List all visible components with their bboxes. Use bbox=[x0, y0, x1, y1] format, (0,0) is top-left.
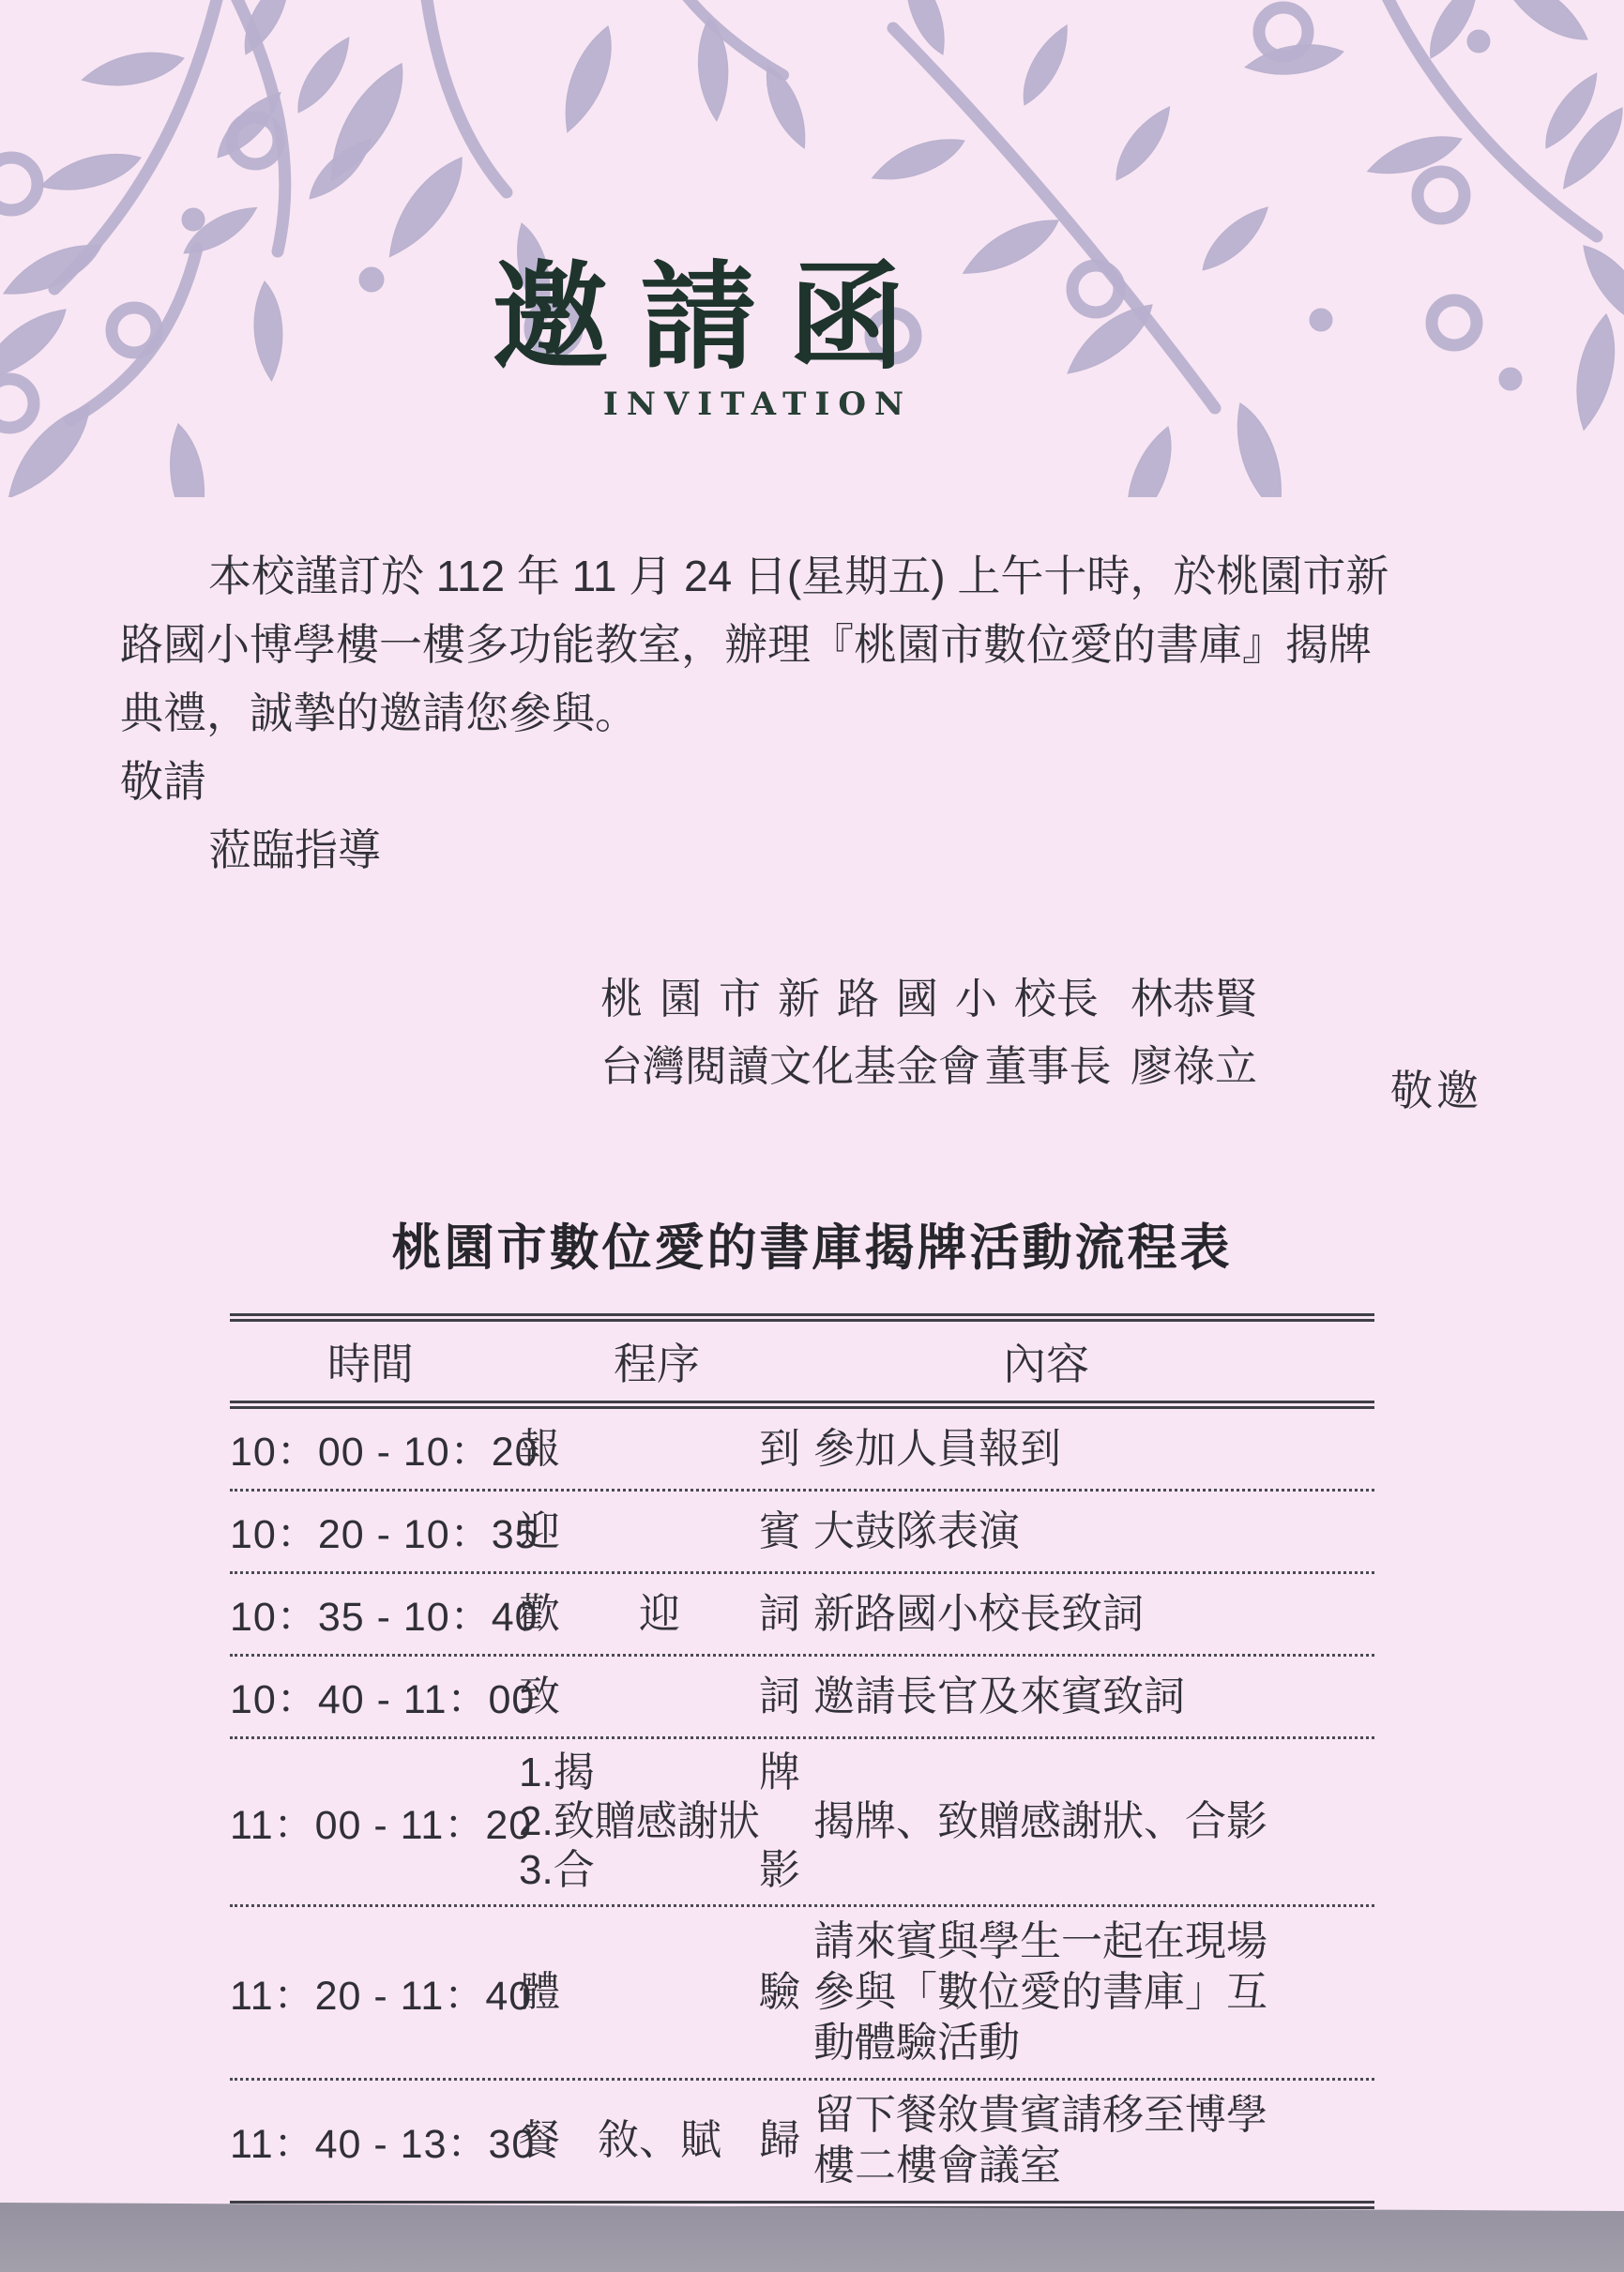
content-line: 新路國小校長致詞 bbox=[813, 1589, 1374, 1640]
procedure-segment: 詞 bbox=[759, 1590, 800, 1639]
content-line: 揭牌、致贈感謝狀、合影 bbox=[813, 1796, 1374, 1847]
content-line: 邀請長官及來賓致詞 bbox=[813, 1672, 1374, 1722]
signature-block: 桃園市新路國小校長林恭賢 台灣閱讀文化基金會董事長廖祿立 敬邀 bbox=[600, 964, 1257, 1099]
signature-segment: 桃 bbox=[600, 964, 643, 1025]
schedule-title: 桃園市數位愛的書庫揭牌活動流程表 bbox=[0, 1208, 1624, 1280]
content-line: 大鼓隊表演 bbox=[813, 1507, 1374, 1557]
procedure-line: 體驗 bbox=[519, 1968, 800, 2017]
schedule-procedure-cell: 報到 bbox=[511, 1425, 802, 1474]
procedure-segment: 歡 bbox=[519, 1590, 560, 1639]
content-line: 動體驗活動 bbox=[813, 2018, 1374, 2068]
procedure-segment: 體 bbox=[519, 1968, 560, 2017]
schedule-procedure-cell: 1.揭牌2.致贈感謝狀3.合影 bbox=[511, 1749, 802, 1895]
procedure-segment: 報 bbox=[519, 1425, 560, 1474]
signature-segment: 廖祿立 bbox=[1131, 1032, 1257, 1093]
schedule-time-cell: 10：20 - 10：35 bbox=[230, 1503, 511, 1560]
title-block: 邀請函 INVITATION bbox=[0, 251, 1624, 423]
body-line: 敬請 bbox=[120, 748, 1434, 816]
procedure-segment: 詞 bbox=[759, 1673, 800, 1721]
procedure-segment: 到 bbox=[759, 1425, 800, 1474]
procedure-line: 1.揭牌 bbox=[519, 1749, 800, 1797]
procedure-segment: 牌 bbox=[759, 1749, 800, 1797]
schedule-procedure-cell: 致詞 bbox=[511, 1673, 802, 1721]
page-title: 邀請函 bbox=[0, 251, 1526, 386]
schedule-time-cell: 10：35 - 10：40 bbox=[230, 1585, 511, 1643]
procedure-line: 3.合影 bbox=[519, 1846, 800, 1895]
content-line: 參加人員報到 bbox=[813, 1424, 1374, 1475]
signature-segment: 市 bbox=[719, 964, 761, 1025]
procedure-line: 歡迎詞 bbox=[519, 1590, 800, 1639]
schedule-table: 時間程序內容 10：00 - 10：20報到參加人員報到10：20 - 10：3… bbox=[230, 1313, 1374, 2209]
schedule-header-row: 時間程序內容 bbox=[230, 1322, 1374, 1409]
schedule-content-cell: 請來賓與學生一起在現場參與「數位愛的書庫」互動體驗活動 bbox=[802, 1916, 1374, 2068]
schedule-content-cell: 邀請長官及來賓致詞 bbox=[802, 1672, 1374, 1722]
schedule-procedure-cell: 迎賓 bbox=[511, 1507, 802, 1556]
schedule-procedure-cell: 體驗 bbox=[511, 1968, 802, 2017]
schedule-row: 11：20 - 11：40體驗請來賓與學生一起在現場參與「數位愛的書庫」互動體驗… bbox=[230, 1907, 1374, 2081]
schedule-procedure-cell: 歡迎詞 bbox=[511, 1590, 802, 1639]
procedure-line: 報到 bbox=[519, 1425, 800, 1474]
invitation-body: 本校謹訂於 112 年 11 月 24 日(星期五) 上午十時，於桃園市新路國小… bbox=[120, 542, 1434, 885]
procedure-segment: 敘、賦 bbox=[598, 2116, 721, 2165]
schedule-row: 10：20 - 10：35迎賓大鼓隊表演 bbox=[230, 1492, 1374, 1574]
signature-segment: 國 bbox=[896, 964, 938, 1025]
schedule-row: 10：00 - 10：20報到參加人員報到 bbox=[230, 1409, 1374, 1492]
procedure-segment: 影 bbox=[759, 1846, 800, 1895]
content-line: 請來賓與學生一起在現場 bbox=[813, 1916, 1374, 1967]
procedure-line: 2.致贈感謝狀 bbox=[519, 1797, 800, 1846]
signature-segment: 新 bbox=[778, 964, 820, 1025]
body-line: 典禮，誠摯的邀請您參與。 bbox=[120, 679, 1434, 748]
procedure-segment: 驗 bbox=[759, 1968, 800, 2017]
schedule-content-cell: 留下餐敘貴賓請移至博學樓二樓會議室 bbox=[802, 2090, 1374, 2191]
signature-segment: 校長 bbox=[1014, 964, 1099, 1025]
schedule-time-cell: 10：00 - 10：20 bbox=[230, 1420, 511, 1477]
schedule-time-cell: 11：20 - 11：40 bbox=[230, 1964, 511, 2022]
schedule-content-cell: 新路國小校長致詞 bbox=[802, 1589, 1374, 1640]
schedule-row: 11：00 - 11：201.揭牌2.致贈感謝狀3.合影揭牌、致贈感謝狀、合影 bbox=[230, 1739, 1374, 1907]
schedule-header-cell: 內容 bbox=[802, 1330, 1374, 1392]
page-subtitle: INVITATION bbox=[0, 386, 1570, 423]
schedule-row: 10：40 - 11：00致詞邀請長官及來賓致詞 bbox=[230, 1657, 1374, 1739]
schedule-row: 10：35 - 10：40歡迎詞新路國小校長致詞 bbox=[230, 1574, 1374, 1657]
signature-closing: 敬邀 bbox=[1390, 1056, 1482, 1117]
signature-segment: 路 bbox=[837, 964, 879, 1025]
body-line: 路國小博學樓一樓多功能教室，辦理『桃園市數位愛的書庫』揭牌 bbox=[120, 611, 1434, 679]
procedure-segment: 致 bbox=[519, 1673, 560, 1721]
schedule-time-cell: 10：40 - 11：00 bbox=[230, 1668, 511, 1725]
schedule-row: 11：40 - 13：30餐敘、賦歸留下餐敘貴賓請移至博學樓二樓會議室 bbox=[230, 2081, 1374, 2201]
content-line: 樓二樓會議室 bbox=[813, 2141, 1374, 2191]
invitation-page: 邀請函 INVITATION 本校謹訂於 112 年 11 月 24 日(星期五… bbox=[0, 0, 1624, 2272]
procedure-segment: 1.揭 bbox=[519, 1749, 595, 1797]
procedure-segment: 迎 bbox=[519, 1507, 560, 1556]
schedule-header-cell: 時間 bbox=[230, 1330, 511, 1392]
signature-line-principal: 桃園市新路國小校長林恭賢 bbox=[600, 964, 1257, 1032]
signature-segment: 園 bbox=[660, 964, 702, 1025]
schedule-header-cell: 程序 bbox=[511, 1330, 802, 1392]
schedule-procedure-cell: 餐敘、賦歸 bbox=[511, 2116, 802, 2165]
schedule-content-cell: 大鼓隊表演 bbox=[802, 1507, 1374, 1557]
signature-segment: 台灣閱讀文化基金會 bbox=[600, 1032, 980, 1093]
signature-segment: 小 bbox=[955, 964, 997, 1025]
procedure-segment: 餐 bbox=[519, 2116, 560, 2165]
content-line: 參與「數位愛的書庫」互 bbox=[813, 1967, 1374, 2018]
procedure-segment: 2.致贈感謝狀 bbox=[519, 1798, 760, 1844]
scanner-edge bbox=[0, 2197, 1624, 2272]
procedure-segment: 歸 bbox=[759, 2116, 800, 2165]
body-line: 本校謹訂於 112 年 11 月 24 日(星期五) 上午十時，於桃園市新 bbox=[120, 542, 1434, 611]
procedure-segment: 賓 bbox=[759, 1507, 800, 1556]
schedule-time-cell: 11：40 - 13：30 bbox=[230, 2113, 511, 2170]
signature-segment: 董事長 bbox=[984, 1032, 1111, 1093]
procedure-line: 致詞 bbox=[519, 1673, 800, 1721]
procedure-segment: 3.合 bbox=[519, 1846, 595, 1895]
procedure-line: 餐敘、賦歸 bbox=[519, 2116, 800, 2165]
schedule-time-cell: 11：00 - 11：20 bbox=[230, 1794, 511, 1851]
content-line: 留下餐敘貴賓請移至博學 bbox=[813, 2090, 1374, 2141]
schedule-content-cell: 揭牌、致贈感謝狀、合影 bbox=[802, 1796, 1374, 1847]
body-line: 蒞臨指導 bbox=[120, 816, 1434, 885]
procedure-line: 迎賓 bbox=[519, 1507, 800, 1556]
schedule-content-cell: 參加人員報到 bbox=[802, 1424, 1374, 1475]
signature-line-foundation: 台灣閱讀文化基金會董事長廖祿立 bbox=[600, 1032, 1257, 1099]
procedure-segment: 迎 bbox=[639, 1590, 680, 1639]
signature-segment: 林恭賢 bbox=[1131, 964, 1257, 1025]
